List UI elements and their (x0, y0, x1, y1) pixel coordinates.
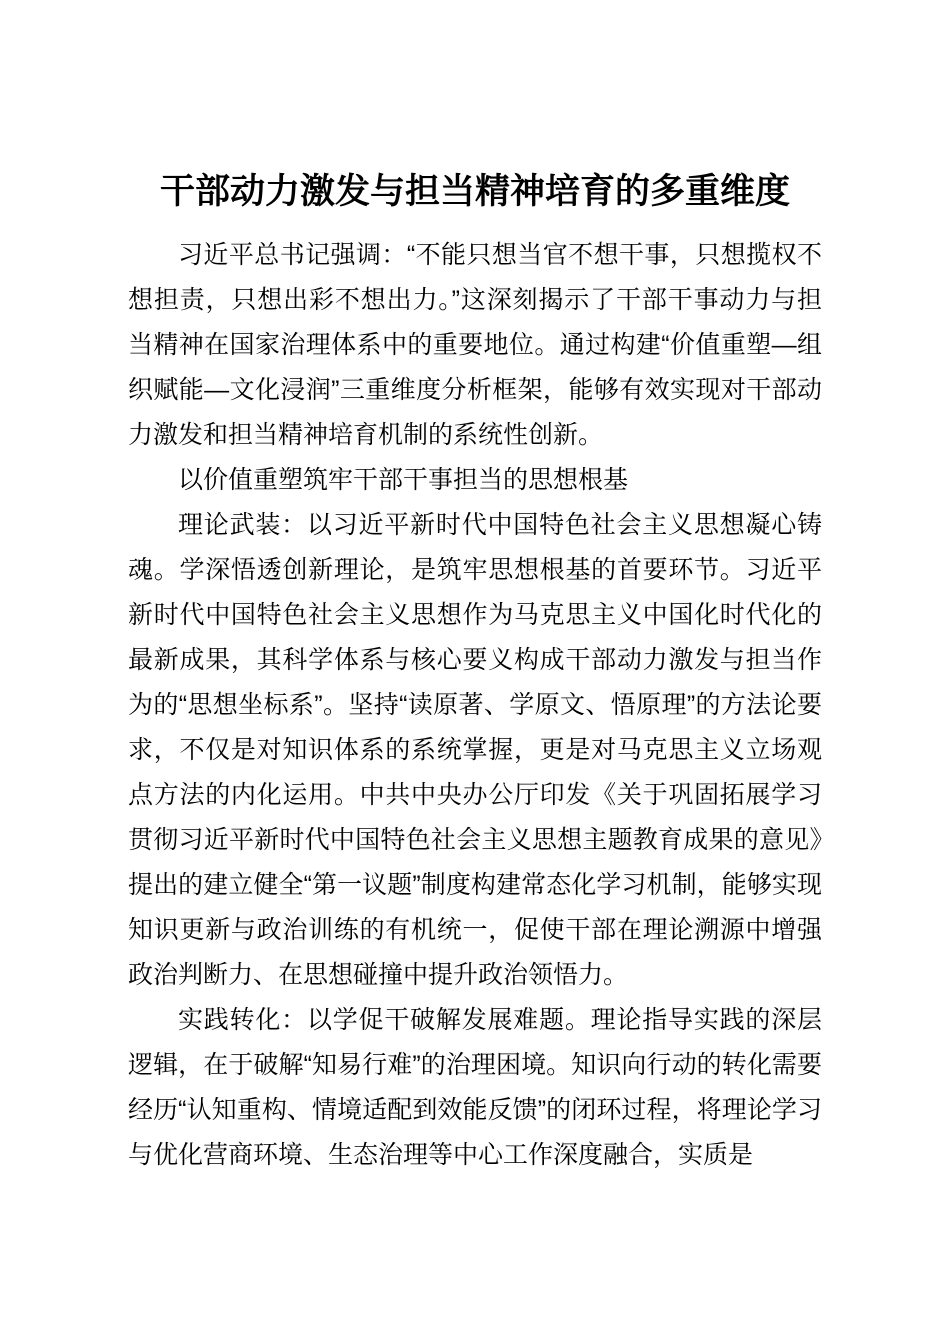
paragraph-theory-arming: 理论武装：以习近平新时代中国特色社会主义思想凝心铸魂。学深悟透创新理论，是筑牢思… (128, 503, 822, 998)
paragraph-practice-transformation: 实践转化：以学促干破解发展难题。理论指导实践的深层逻辑，在于破解“知易行难”的治… (128, 998, 822, 1178)
document-title: 干部动力激发与担当精神培育的多重维度 (128, 168, 822, 216)
document-canvas: { "page": { "background_color": "#ffffff… (0, 0, 950, 1344)
document-page: 干部动力激发与担当精神培育的多重维度 习近平总书记强调：“不能只想当官不想干事，… (0, 0, 950, 1344)
section-heading-value-reshaping: 以价值重塑筑牢干部干事担当的思想根基 (128, 458, 822, 503)
paragraph-intro: 习近平总书记强调：“不能只想当官不想干事，只想揽权不想担责，只想出彩不想出力。”… (128, 233, 822, 458)
